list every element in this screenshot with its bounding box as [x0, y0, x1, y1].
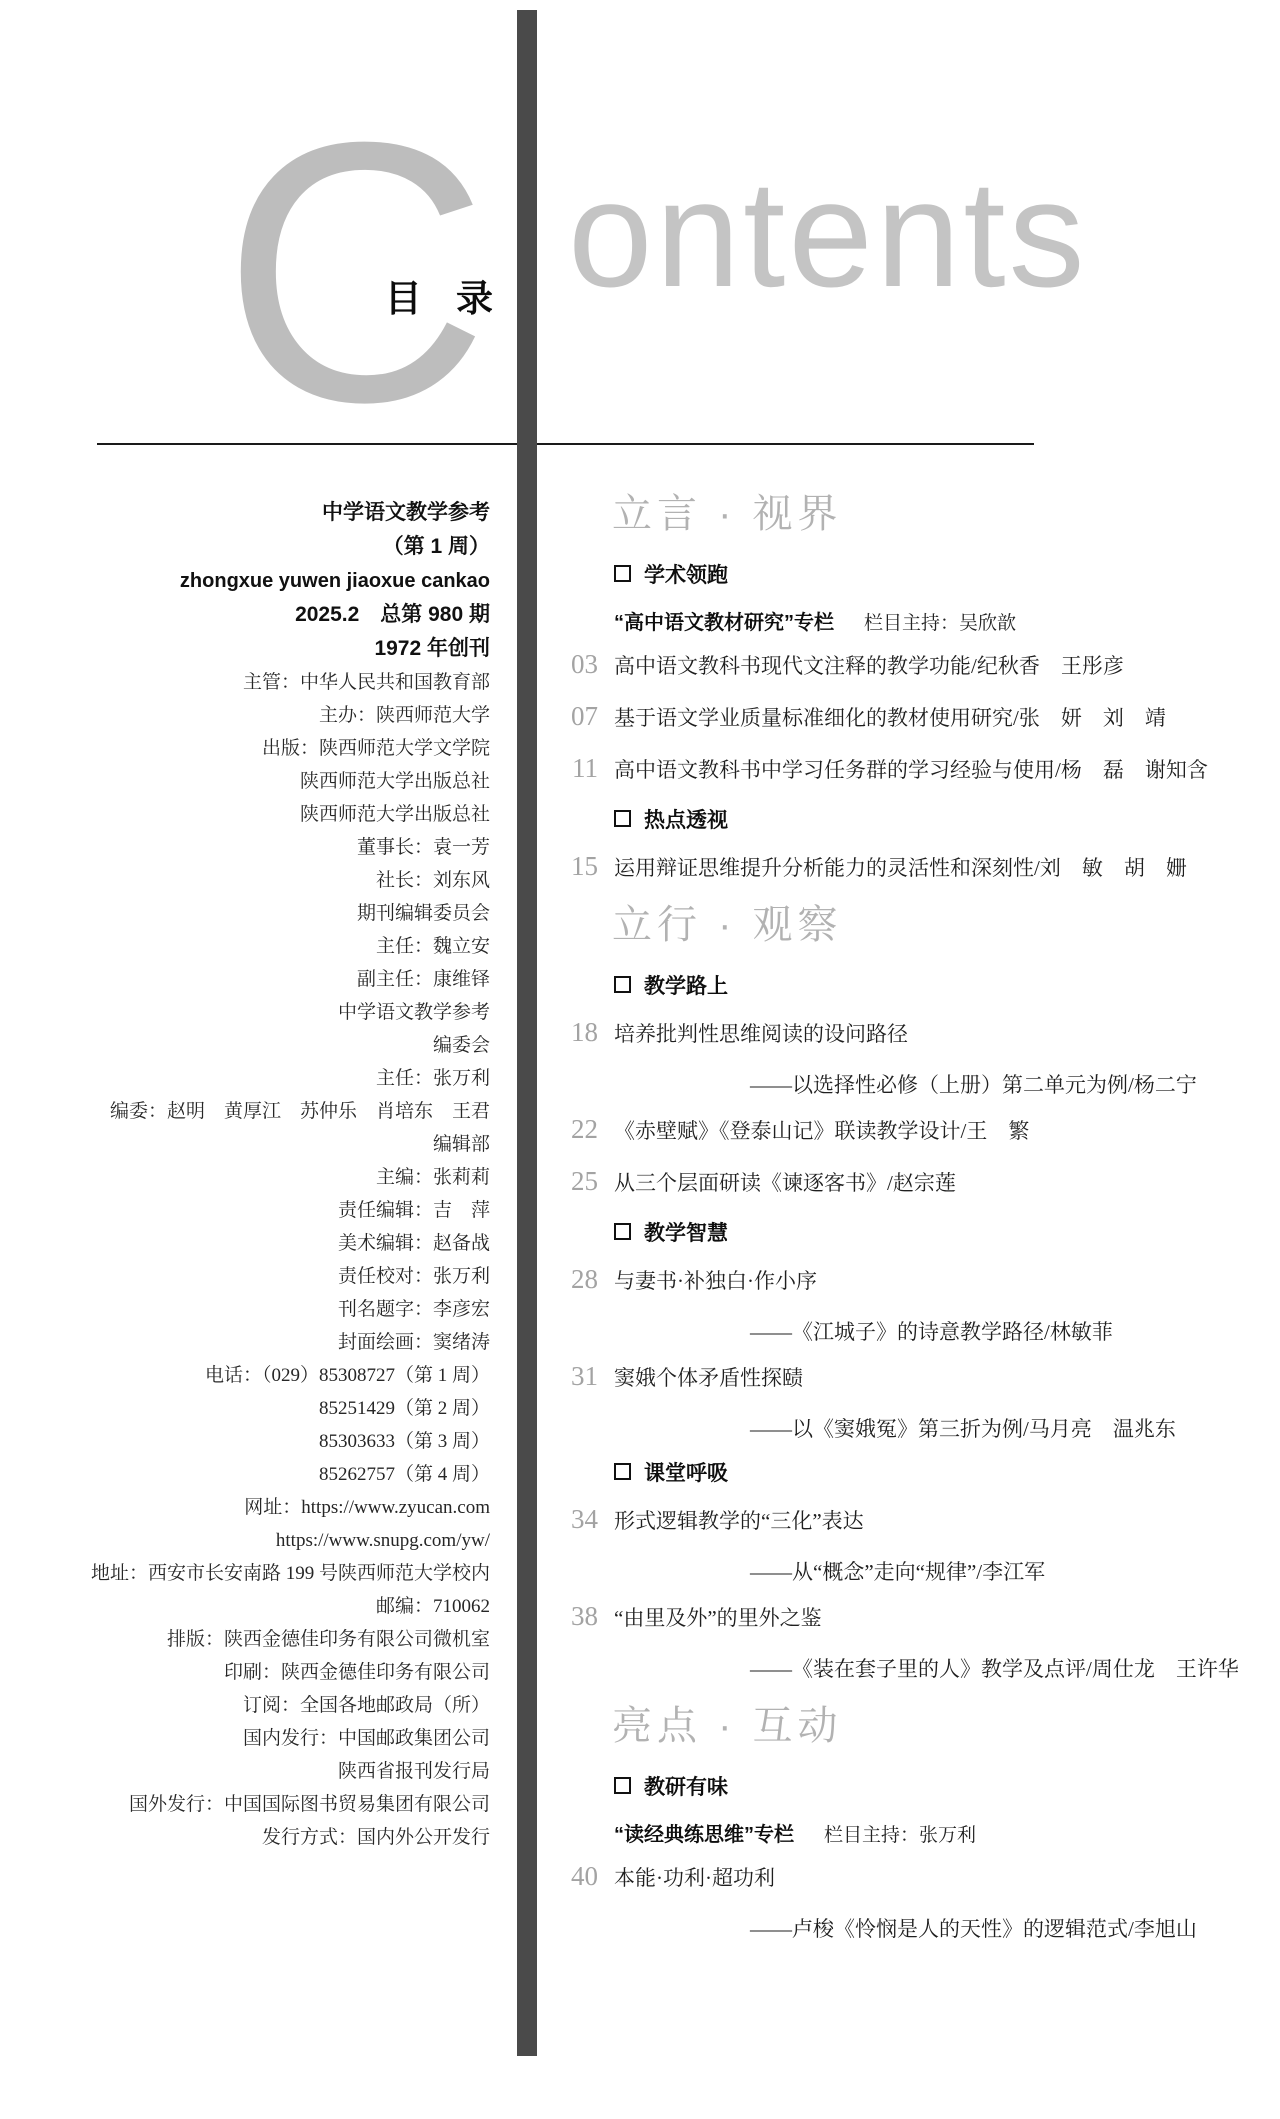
subscription-line: 订阅：全国各地邮政局（所）: [60, 1689, 490, 1722]
square-bullet-icon: [614, 1777, 631, 1794]
special-column-host: 栏目主持：吴欣歆: [864, 608, 1016, 635]
article-row: 15 运用辩证思维提升分析能力的灵活性和深刻性/刘 敏 胡 姗: [556, 851, 1256, 878]
journal-info-column: 中学语文教学参考 （第 1 周） zhongxue yuwen jiaoxue …: [60, 496, 490, 1854]
article-title: 培养批判性思维阅读的设问路径: [614, 1018, 908, 1048]
category-label: 热点透视: [644, 804, 728, 834]
masthead-rule: [97, 443, 1034, 445]
distribution-method-line: 发行方式：国内外公开发行: [60, 1821, 490, 1854]
article-page-number: 38: [556, 1601, 598, 1632]
square-bullet-icon: [614, 1463, 631, 1480]
article-page-number: 25: [556, 1166, 598, 1197]
article-subtitle-row: ——卢梭《怜悯是人的天性》的逻辑范式/李旭山: [750, 1913, 1256, 1940]
press-director: 主任：魏立安: [60, 930, 490, 963]
article-title: 高中语文教科书中学习任务群的学习经验与使用/杨 磊 谢知含: [614, 754, 1208, 784]
special-column-name: “读经典练思维”专栏: [614, 1818, 794, 1847]
special-column-name: “高中语文教材研究”专栏: [614, 606, 834, 635]
article-title: 从三个层面研读《谏逐客书》/赵宗莲: [614, 1167, 956, 1197]
category-label: 教研有味: [644, 1771, 728, 1801]
committee-members: 编委：赵明 黄厚江 苏仲乐 肖培东 王君: [60, 1095, 490, 1128]
press-president: 社长：刘东风: [60, 864, 490, 897]
article-title: 本能·功利·超功利: [614, 1862, 775, 1892]
article-title: 高中语文教科书现代文注释的教学功能/纪秋香 王彤彦: [614, 650, 1124, 680]
proofreader: 责任校对：张万利: [60, 1260, 490, 1293]
article-subtitle-row: ——以选择性必修（上册）第二单元为例/杨二宁: [750, 1069, 1256, 1096]
square-bullet-icon: [614, 565, 631, 582]
article-row: 28 与妻书·补独白·作小序: [556, 1264, 1256, 1291]
chief-editor: 主编：张莉莉: [60, 1161, 490, 1194]
article-page-number: 28: [556, 1264, 598, 1295]
article-page-number: 34: [556, 1504, 598, 1535]
supervisor-line: 主管：中华人民共和国教育部: [60, 666, 490, 699]
editorial-committee-block: 中学语文教学参考 编委会 主任：张万利 编委：赵明 黄厚江 苏仲乐 肖培东 王君: [60, 996, 490, 1128]
contents-wordmark: ontents: [568, 158, 1088, 310]
press-chairman: 董事长：袁一芳: [60, 831, 490, 864]
article-page-number: 40: [556, 1861, 598, 1892]
postcode-line: 邮编：710062: [60, 1590, 490, 1623]
category-heading: 课堂呼吸: [614, 1458, 1256, 1485]
typesetting-line: 排版：陕西金德佳印务有限公司微机室: [60, 1623, 490, 1656]
press-deputy-director: 副主任：康维铎: [60, 963, 490, 996]
phone-line-3: 85303633（第 3 周）: [60, 1425, 490, 1458]
category-heading: 教学路上: [614, 971, 1256, 998]
address-line: 地址：西安市长安南路 199 号陕西师范大学校内: [60, 1557, 490, 1590]
article-page-number: 03: [556, 649, 598, 680]
article-title: “由里及外”的里外之鉴: [614, 1602, 822, 1632]
article-title: 《赤壁赋》《登泰山记》联读教学设计/王 繁: [614, 1115, 1029, 1145]
square-bullet-icon: [614, 1223, 631, 1240]
article-row: 25 从三个层面研读《谏逐客书》/赵宗莲: [556, 1166, 1256, 1193]
cover-illustration: 封面绘画：窦绪涛: [60, 1326, 490, 1359]
editorial-office: 编辑部: [60, 1128, 490, 1161]
committee-journal-name: 中学语文教学参考: [60, 996, 490, 1029]
contact-block: 电话：（029）85308727（第 1 周） 85251429（第 2 周） …: [60, 1359, 490, 1854]
article-page-number: 31: [556, 1361, 598, 1392]
publisher-line-2: 陕西师范大学出版总社: [60, 765, 490, 798]
organization-block: 主管：中华人民共和国教育部 主办：陕西师范大学 出版：陕西师范大学文学院 陕西师…: [60, 666, 490, 798]
toc-page: C ontents 目 录 中学语文教学参考 （第 1 周） zhongxue …: [0, 0, 1280, 2119]
article-row: 07 基于语文学业质量标准细化的教材使用研究/张 妍 刘 靖: [556, 701, 1256, 728]
website-line-1: 网址：https://www.zyucan.com: [60, 1491, 490, 1524]
article-title: 基于语文学业质量标准细化的教材使用研究/张 妍 刘 靖: [614, 702, 1166, 732]
article-row: 22 《赤壁赋》《登泰山记》联读教学设计/王 繁: [556, 1114, 1256, 1141]
special-column-row: “高中语文教材研究”专栏 栏目主持：吴欣歆: [614, 606, 1256, 633]
publisher-line: 出版：陕西师范大学文学院: [60, 732, 490, 765]
press-block: 陕西师范大学出版总社 董事长：袁一芳 社长：刘东风 期刊编辑委员会 主任：魏立安…: [60, 798, 490, 996]
vertical-divider-bar: [517, 10, 537, 2056]
article-row: 38 “由里及外”的里外之鉴: [556, 1601, 1256, 1628]
category-label: 教学路上: [644, 970, 728, 1000]
journal-founded-year: 1972 年创刊: [60, 632, 490, 666]
sponsor-line: 主办：陕西师范大学: [60, 699, 490, 732]
article-page-number: 11: [556, 753, 598, 784]
article-row: 31 窦娥个体矛盾性探赜: [556, 1361, 1256, 1388]
phone-line-2: 85251429（第 2 周）: [60, 1392, 490, 1425]
category-label: 教学智慧: [644, 1217, 728, 1247]
article-row: 18 培养批判性思维阅读的设问路径: [556, 1017, 1256, 1044]
journal-pinyin: zhongxue yuwen jiaoxue cankao: [60, 564, 490, 598]
section-title: 立行 · 观察: [612, 903, 1256, 947]
article-row: 03 高中语文教科书现代文注释的教学功能/纪秋香 王彤彦: [556, 649, 1256, 676]
editorial-office-block: 编辑部 主编：张莉莉 责任编辑：吉 萍 美术编辑：赵备战 责任校对：张万利 刊名…: [60, 1128, 490, 1359]
overseas-distribution-line: 国外发行：中国国际图书贸易集团有限公司: [60, 1788, 490, 1821]
toc-column: 立言 · 视界 学术领跑 “高中语文教材研究”专栏 栏目主持：吴欣歆 03 高中…: [556, 492, 1256, 1958]
article-page-number: 15: [556, 851, 598, 882]
article-row: 11 高中语文教科书中学习任务群的学习经验与使用/杨 磊 谢知含: [556, 753, 1256, 780]
article-page-number: 22: [556, 1114, 598, 1145]
article-title: 形式逻辑教学的“三化”表达: [614, 1505, 864, 1535]
journal-title: 中学语文教学参考: [60, 496, 490, 530]
square-bullet-icon: [614, 976, 631, 993]
phone-line-1: 电话：（029）85308727（第 1 周）: [60, 1359, 490, 1392]
press-name: 陕西师范大学出版总社: [60, 798, 490, 831]
article-page-number: 07: [556, 701, 598, 732]
printing-line: 印刷：陕西金德佳印务有限公司: [60, 1656, 490, 1689]
journal-issue-number: 2025.2 总第 980 期: [60, 598, 490, 632]
journal-masthead-block: 中学语文教学参考 （第 1 周） zhongxue yuwen jiaoxue …: [60, 496, 490, 666]
contents-title-chinese: 目 录: [385, 268, 505, 322]
website-line-2: https://www.snupg.com/yw/: [60, 1524, 490, 1557]
domestic-distribution-line-2: 陕西省报刊发行局: [60, 1755, 490, 1788]
special-column-row: “读经典练思维”专栏 栏目主持：张万利: [614, 1818, 1256, 1845]
article-subtitle-row: ——《装在套子里的人》教学及点评/周仕龙 王许华: [750, 1653, 1256, 1680]
section-title: 亮点 · 互动: [612, 1704, 1256, 1748]
category-heading: 学术领跑: [614, 560, 1256, 587]
category-label: 学术领跑: [644, 559, 728, 589]
category-heading: 热点透视: [614, 805, 1256, 832]
category-label: 课堂呼吸: [644, 1457, 728, 1487]
article-subtitle-row: ——以《窦娥冤》第三折为例/马月亮 温兆东: [750, 1413, 1256, 1440]
category-heading: 教学智慧: [614, 1218, 1256, 1245]
article-row: 34 形式逻辑教学的“三化”表达: [556, 1504, 1256, 1531]
square-bullet-icon: [614, 810, 631, 827]
article-subtitle-row: ——从“概念”走向“规律”/李江军: [750, 1556, 1256, 1583]
press-committee: 期刊编辑委员会: [60, 897, 490, 930]
article-title: 运用辩证思维提升分析能力的灵活性和深刻性/刘 敏 胡 姗: [614, 852, 1187, 882]
article-subtitle-row: ——《江城子》的诗意教学路径/林敏菲: [750, 1316, 1256, 1343]
committee-name: 编委会: [60, 1029, 490, 1062]
title-calligraphy: 刊名题字：李彦宏: [60, 1293, 490, 1326]
domestic-distribution-line: 国内发行：中国邮政集团公司: [60, 1722, 490, 1755]
article-title: 与妻书·补独白·作小序: [614, 1265, 817, 1295]
category-heading: 教研有味: [614, 1772, 1256, 1799]
journal-issue-week: （第 1 周）: [60, 530, 490, 564]
responsible-editor: 责任编辑：吉 萍: [60, 1194, 490, 1227]
article-page-number: 18: [556, 1017, 598, 1048]
art-editor: 美术编辑：赵备战: [60, 1227, 490, 1260]
section-title: 立言 · 视界: [612, 492, 1256, 536]
article-row: 40 本能·功利·超功利: [556, 1861, 1256, 1888]
special-column-host: 栏目主持：张万利: [824, 1820, 976, 1847]
article-title: 窦娥个体矛盾性探赜: [614, 1362, 803, 1392]
committee-director: 主任：张万利: [60, 1062, 490, 1095]
phone-line-4: 85262757（第 4 周）: [60, 1458, 490, 1491]
